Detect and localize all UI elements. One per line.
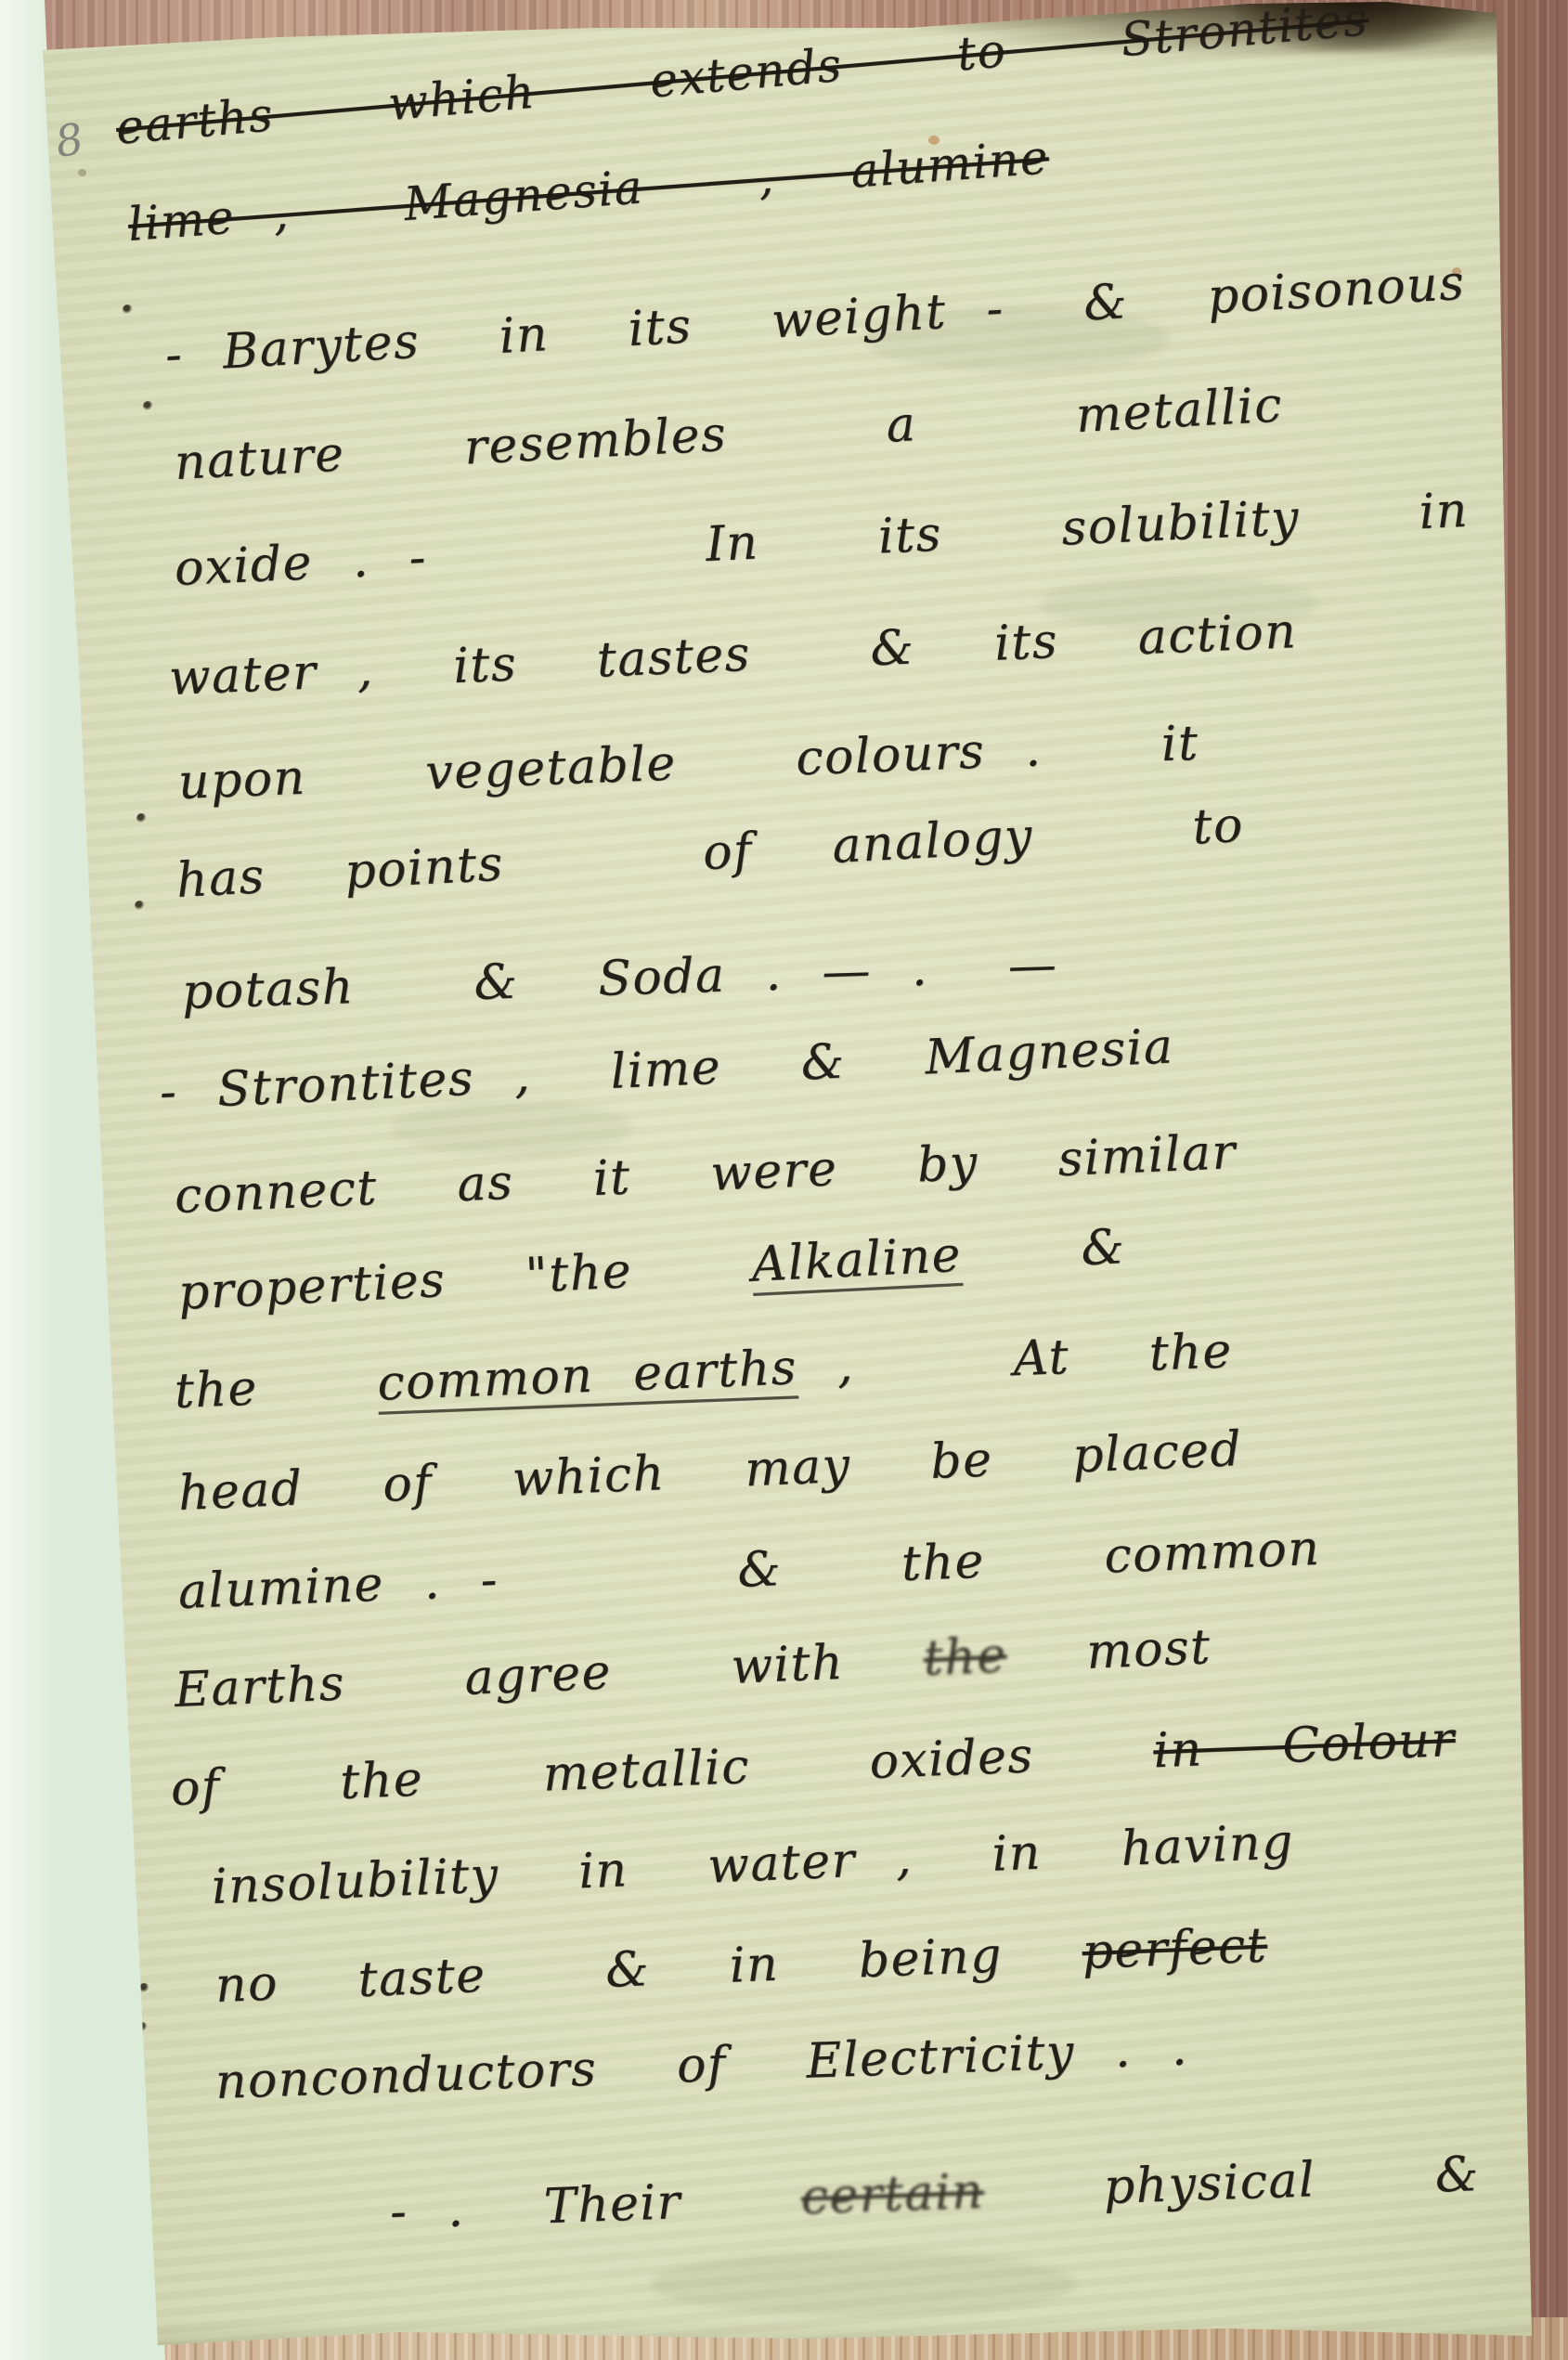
struck-text: in Colour xyxy=(1152,1712,1457,1779)
binding-hole xyxy=(135,901,145,911)
manuscript-text: of the metallic oxides xyxy=(170,1723,1155,1817)
manuscript-text: no taste & in being xyxy=(214,1925,1083,2014)
manuscript-text: properties "the xyxy=(177,1238,754,1321)
manuscript-line-h2: lime , Magnesia , alumine xyxy=(126,129,1051,253)
manuscript-text: , At the xyxy=(797,1323,1234,1395)
photographed-manuscript-scene: 8 earths which extends to Strontites lim… xyxy=(0,0,1568,2360)
manuscript-line-b3: oxide . - In its solubility in xyxy=(174,482,1471,599)
manuscript-line-s10: no taste & in being perfect xyxy=(214,1916,1268,2015)
underlined-text: Alkaline xyxy=(750,1227,963,1293)
manuscript-line-s9: insolubility in water , in having xyxy=(211,1813,1295,1916)
manuscript-text: the xyxy=(174,1356,379,1420)
manuscript-line-s6: alumine . - & the common xyxy=(177,1520,1322,1622)
manuscript-line-s11: nonconductors of Electricity . . xyxy=(214,2019,1189,2111)
manuscript-line-f1: - . Their certain physical & xyxy=(389,2146,1481,2241)
manuscript-line-s5: head of which may be placed xyxy=(177,1420,1244,1523)
manuscript-text: & xyxy=(960,1219,1126,1283)
manuscript-line-s3: properties "the Alkaline & xyxy=(176,1218,1126,1322)
struck-text: perfect xyxy=(1081,1917,1268,1980)
manuscript-line-b7: potash & Soda . — . — xyxy=(181,936,1058,1021)
binding-hole xyxy=(123,305,133,315)
manuscript-text: most xyxy=(1005,1619,1212,1683)
struck-text: lime , Magnesia , alumine xyxy=(126,130,1051,252)
manuscript-text: - . Their xyxy=(389,2171,802,2240)
foxing-spot xyxy=(78,169,86,176)
manuscript-line-b6: has points of analogy to xyxy=(175,797,1245,911)
manuscript-line-s7: Earths agree with the most xyxy=(174,1618,1212,1719)
underlined-text: common earths xyxy=(376,1340,798,1411)
smudged-text: the xyxy=(923,1627,1008,1687)
manuscript-page: 8 earths which extends to Strontites lim… xyxy=(0,0,1568,2360)
manuscript-line-b5: upon vegetable colours . it xyxy=(177,715,1200,812)
manuscript-line-b2: nature resembles a metallic xyxy=(173,376,1284,492)
manuscript-line-s8: of the metallic oxides in Colour xyxy=(170,1711,1457,1818)
manuscript-line-b1: - Barytes in its weight - & poisonous xyxy=(163,254,1467,385)
bleed-through-smudge xyxy=(650,2251,1077,2316)
manuscript-line-s2: connect as it were by similar xyxy=(174,1123,1238,1225)
struck-text: certain xyxy=(800,2164,985,2226)
manuscript-line-b4: water , its tastes & its action xyxy=(168,603,1299,707)
manuscript-text: Earths agree with xyxy=(174,1631,925,1718)
binding-hole xyxy=(143,401,153,411)
binding-hole xyxy=(136,813,147,823)
manuscript-text: physical & xyxy=(983,2146,1481,2220)
manuscript-line-s1: - Strontites , lime & Magnesia xyxy=(159,1018,1175,1122)
folio-number: 8 xyxy=(52,113,87,167)
manuscript-line-s4: the common earths , At the xyxy=(174,1322,1234,1420)
